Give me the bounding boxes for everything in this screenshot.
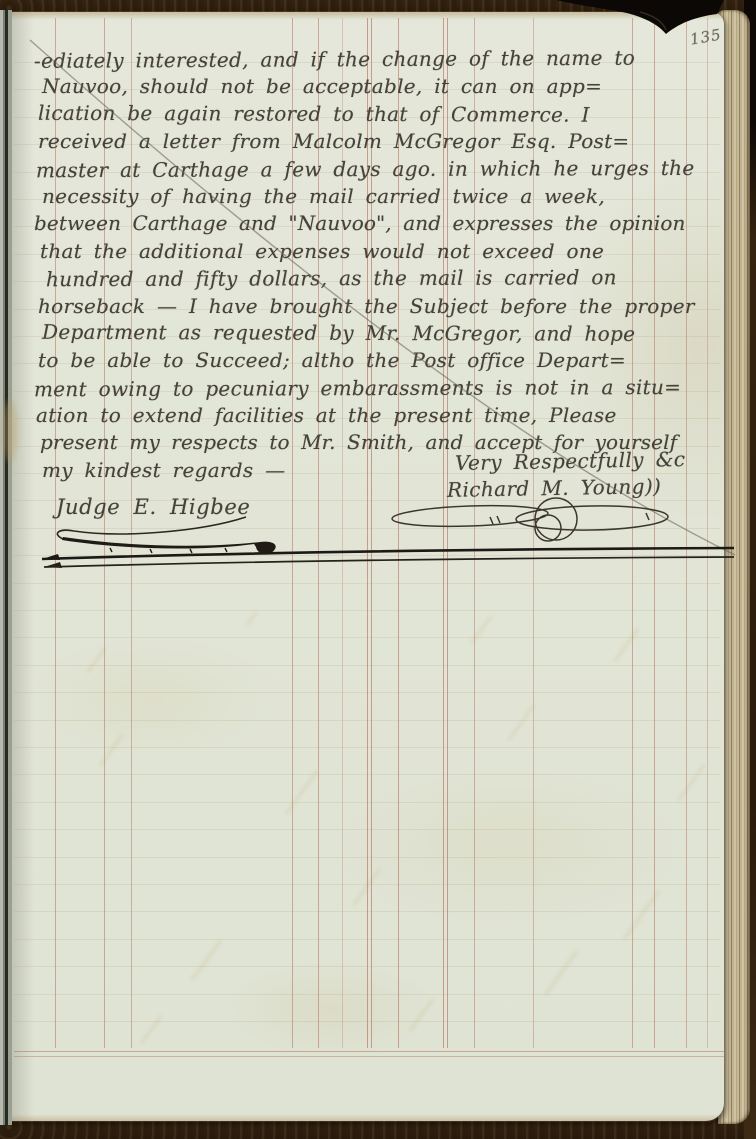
closing-rule-bottom bbox=[44, 557, 734, 567]
higbee-flourish-serration bbox=[110, 548, 227, 553]
closing-rule-arrow-bottom bbox=[44, 562, 62, 568]
young-flourish-doodle bbox=[392, 498, 668, 541]
higbee-flourish-swoosh bbox=[62, 537, 276, 555]
scanned-ledger-photo: 135 -ediately interested, and if the cha… bbox=[0, 0, 756, 1139]
higbee-flourish-lead bbox=[57, 517, 246, 539]
closing-rule-arrow-top bbox=[42, 554, 60, 560]
dark-corner-flap bbox=[556, 0, 724, 34]
ink-marks-overlay bbox=[0, 0, 756, 1139]
cancellation-diagonal-line bbox=[30, 40, 735, 555]
